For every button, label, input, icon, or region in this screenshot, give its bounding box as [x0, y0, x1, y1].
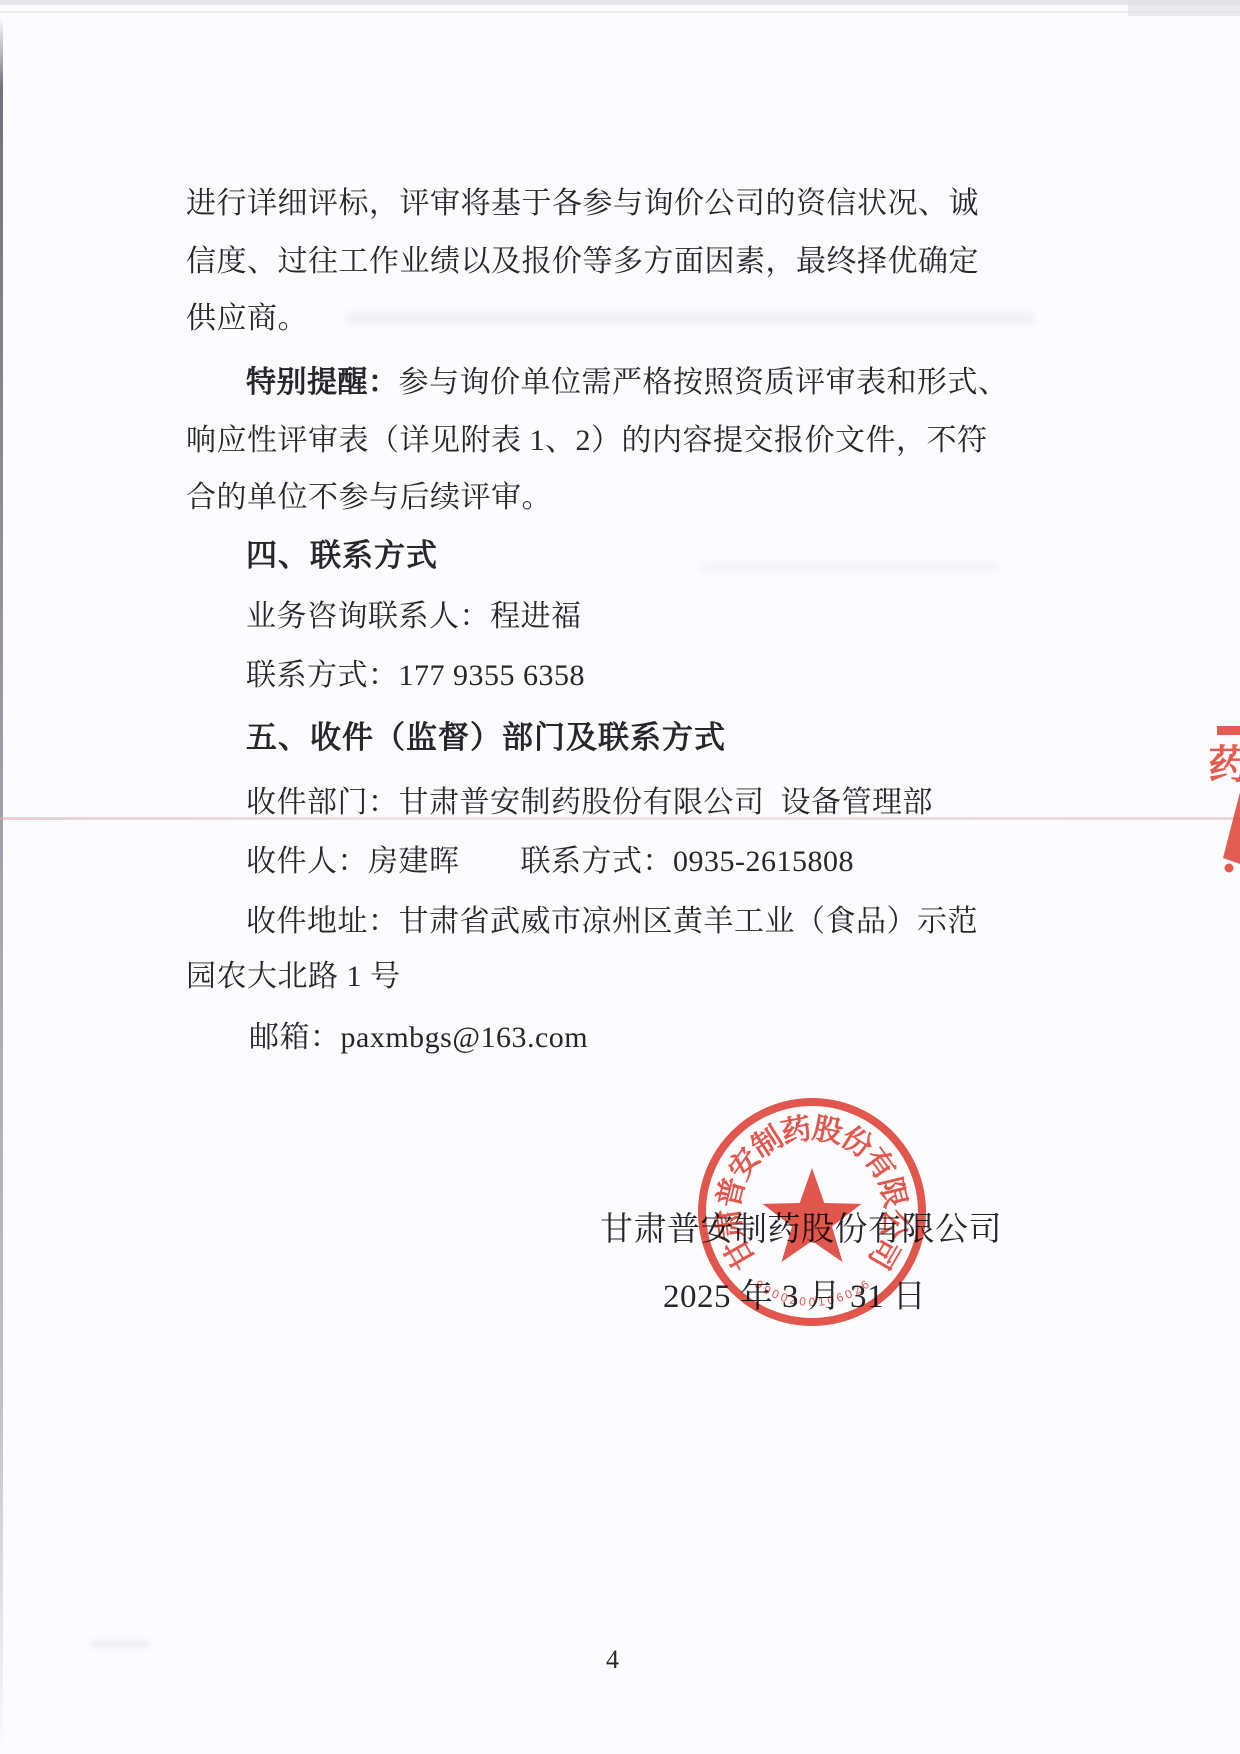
bleedthrough-smudge	[700, 562, 1000, 572]
receiving-dept-line: 收件部门：甘肃普安制药股份有限公司 设备管理部	[246, 786, 933, 821]
bleedthrough-smudge	[345, 312, 1035, 325]
section5-heading: 五、收件（监督）部门及联系方式	[246, 720, 726, 756]
scan-edge-top-line	[0, 11, 1240, 13]
page-number: 4	[606, 1645, 619, 1675]
seal-fragment-dot	[1225, 864, 1234, 873]
seal-fragment-right-edge: 药	[1210, 700, 1240, 890]
notice-rest: 参与询价单位需严格按照资质评审表和形式、	[399, 366, 1009, 399]
body-line: 信度、过往工作业绩以及报价等多方面因素，最终择优确定	[186, 245, 979, 280]
seal-char: 药	[779, 1112, 815, 1150]
scan-edge-top-right	[1128, 0, 1240, 16]
notice-line: 合的单位不参与后续评审。	[186, 481, 552, 516]
seal-fragment-stroke	[1217, 726, 1240, 735]
email-line: 邮箱：paxmbgs@163.com	[249, 1021, 588, 1056]
seal-fragment-char: 药	[1210, 742, 1240, 787]
scan-edge-top	[0, 0, 1240, 5]
contact-phone-line: 联系方式：177 9355 6358	[246, 659, 585, 694]
contact-person-line: 业务咨询联系人：程进福	[246, 600, 582, 635]
address-line-1: 收件地址：甘肃省武威市凉州区黄羊工业（食品）示范	[246, 905, 978, 940]
signature-date: 2025 年 3 月 31 日	[663, 1270, 926, 1317]
bleedthrough-smudge	[90, 1640, 150, 1648]
scanned-document-page: 进行详细评标，评审将基于各参与询价公司的资信状况、诚 信度、过往工作业绩以及报价…	[0, 0, 1240, 1754]
scan-edge-left	[0, 18, 3, 1754]
seal-fragment-blob	[1223, 792, 1240, 864]
notice-line: 响应性评审表（详见附表 1、2）的内容提交报价文件，不符	[186, 424, 988, 459]
notice-line: 特别提醒：参与询价单位需严格按照资质评审表和形式、	[246, 366, 1009, 401]
receiver-line: 收件人：房建晖 联系方式：0935-2615808	[246, 845, 854, 880]
section4-heading: 四、联系方式	[246, 538, 438, 574]
body-line: 供应商。	[186, 302, 308, 337]
body-line: 进行详细评标，评审将基于各参与询价公司的资信状况、诚	[186, 187, 979, 222]
address-line-2: 园农大北路 1 号	[186, 960, 401, 995]
signature-company: 甘肃普安制药股份有限公司	[600, 1203, 1002, 1250]
notice-lead: 特别提醒：	[246, 366, 399, 399]
